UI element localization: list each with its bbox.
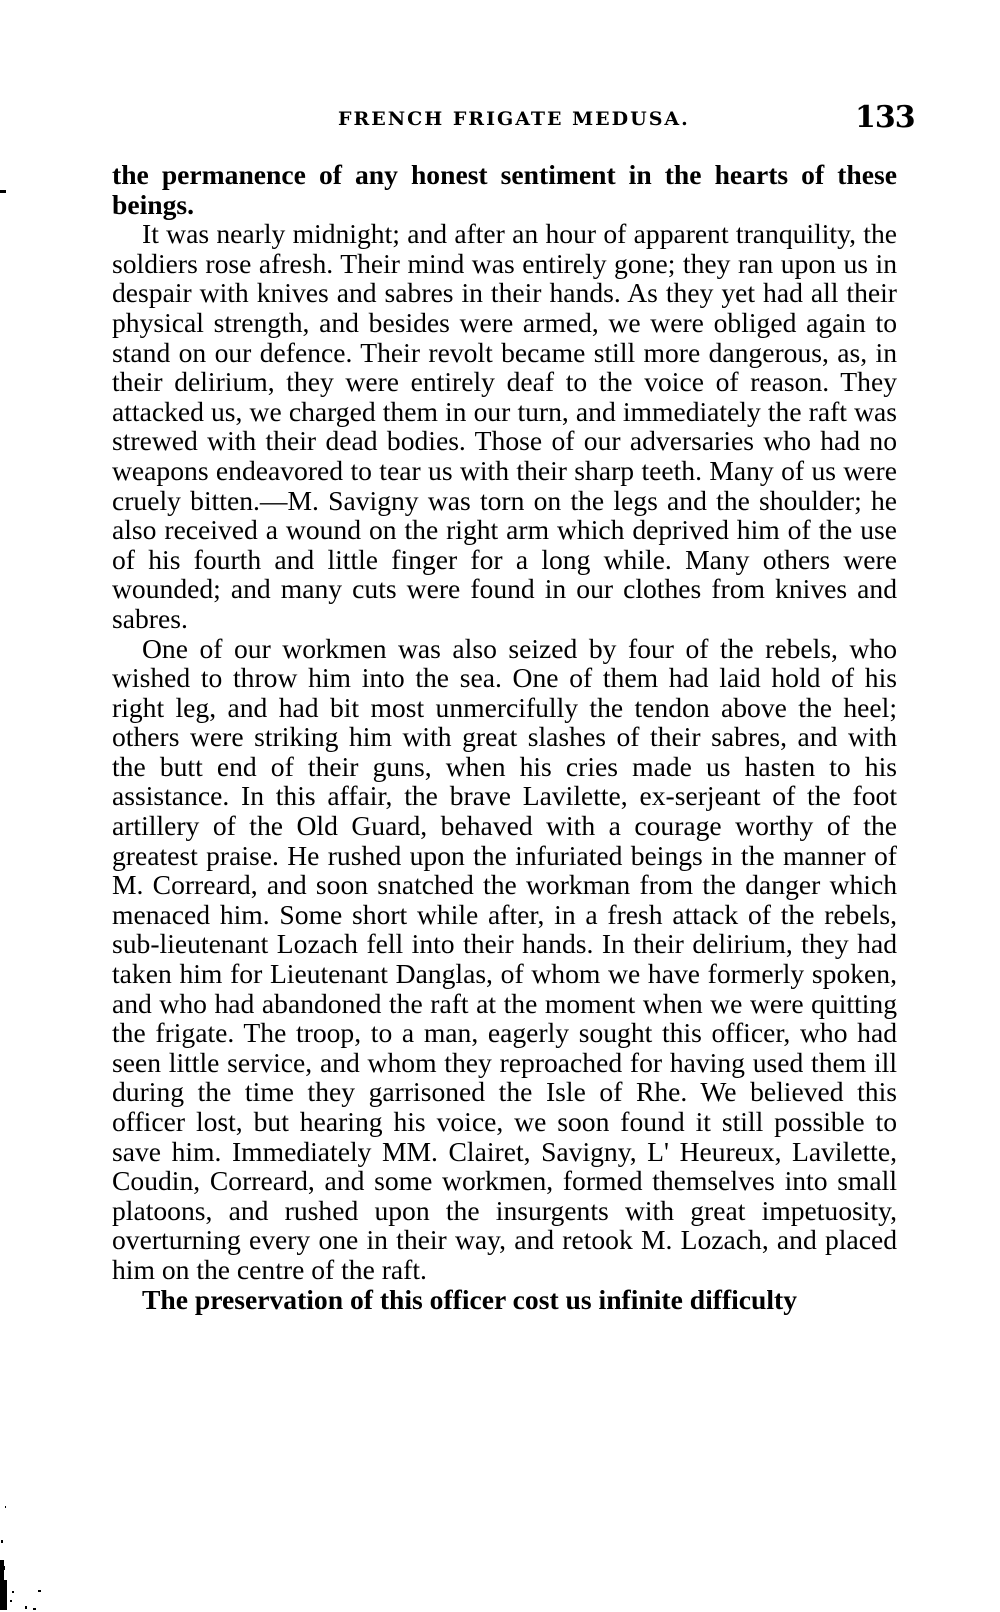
paragraph: The preservation of this officer cost us… <box>112 1285 897 1315</box>
paragraph: It was nearly midnight; and after an hou… <box>112 219 897 633</box>
running-title: FRENCH FRIGATE MEDUSA. <box>338 108 690 130</box>
book-page: FRENCH FRIGATE MEDUSA. 133 the permanenc… <box>0 0 1000 1612</box>
paragraph: One of our workmen was also seized by fo… <box>112 634 897 1285</box>
body-text: the permanence of any honest sentiment i… <box>112 160 897 1314</box>
page-number: 133 <box>855 100 915 135</box>
paragraph-continuation: the permanence of any honest sentiment i… <box>112 160 897 219</box>
running-head: FRENCH FRIGATE MEDUSA. 133 <box>0 100 1000 140</box>
margin-speck <box>0 190 6 193</box>
binding-scan-noise <box>0 1500 60 1612</box>
